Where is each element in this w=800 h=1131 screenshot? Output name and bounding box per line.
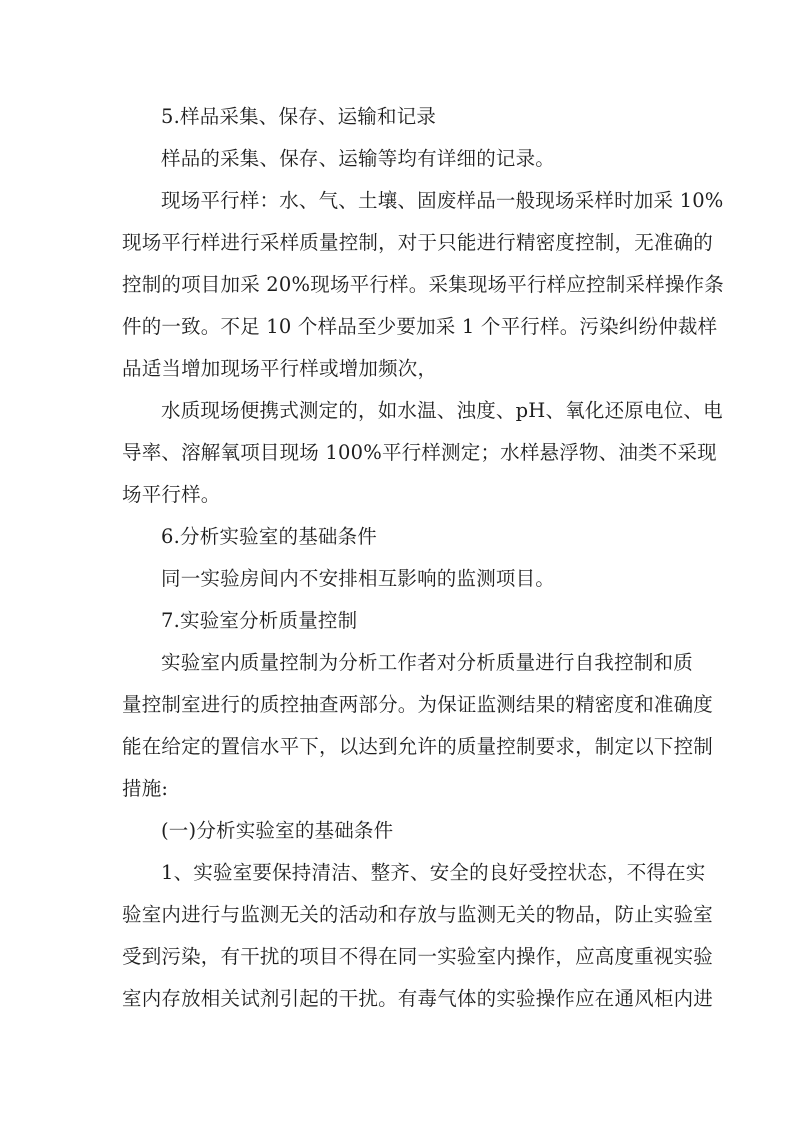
heading-line: 7.实验室分析质量控制 bbox=[122, 600, 680, 642]
paragraph-line: 现场平行样进行采样质量控制，对于只能进行精密度控制，无准确的 bbox=[122, 222, 680, 264]
paragraph-line: 同一实验房间内不安排相互影响的监测项目。 bbox=[122, 558, 680, 600]
paragraph-line: 样品的采集、保存、运输等均有详细的记录。 bbox=[122, 138, 680, 180]
paragraph-line: 1、实验室要保持清洁、整齐、安全的良好受控状态，不得在实 bbox=[122, 852, 680, 894]
paragraph-line: 现场平行样：水、气、土壤、固废样品一般现场采样时加采 10% bbox=[122, 180, 680, 222]
section-heading-6: 6.分析实验室的基础条件 bbox=[122, 516, 680, 558]
paragraph-line: 场平行样。 bbox=[122, 474, 680, 516]
heading-line: (一)分析实验室的基础条件 bbox=[122, 810, 680, 852]
paragraph-line: 措施: bbox=[122, 768, 680, 810]
document-page: 5.样品采集、保存、运输和记录 样品的采集、保存、运输等均有详细的记录。 现场平… bbox=[122, 96, 680, 1020]
paragraph-line: 验室内进行与监测无关的活动和存放与监测无关的物品，防止实验室 bbox=[122, 894, 680, 936]
section-heading-5: 5.样品采集、保存、运输和记录 bbox=[122, 96, 680, 138]
heading-line: 6.分析实验室的基础条件 bbox=[122, 516, 680, 558]
paragraph-item-1: 1、实验室要保持清洁、整齐、安全的良好受控状态，不得在实 验室内进行与监测无关的… bbox=[122, 852, 680, 1020]
paragraph-line: 件的一致。不足 10 个样品至少要加采 1 个平行样。污染纠纷仲裁样 bbox=[122, 306, 680, 348]
paragraph-water-quality-portable: 水质现场便携式测定的，如水温、浊度、pH、氧化还原电位、电 导率、溶解氧项目现场… bbox=[122, 390, 680, 516]
section-heading-7: 7.实验室分析质量控制 bbox=[122, 600, 680, 642]
heading-line: 5.样品采集、保存、运输和记录 bbox=[122, 96, 680, 138]
paragraph-lab-room: 同一实验房间内不安排相互影响的监测项目。 bbox=[122, 558, 680, 600]
paragraph-field-parallel-samples: 现场平行样：水、气、土壤、固废样品一般现场采样时加采 10% 现场平行样进行采样… bbox=[122, 180, 680, 390]
paragraph-line: 水质现场便携式测定的，如水温、浊度、pH、氧化还原电位、电 bbox=[122, 390, 680, 432]
paragraph-lab-quality-control: 实验室内质量控制为分析工作者对分析质量进行自我控制和质 量控制室进行的质控抽查两… bbox=[122, 642, 680, 810]
paragraph-line: 品适当增加现场平行样或增加频次， bbox=[122, 348, 680, 390]
paragraph-line: 能在给定的置信水平下，以达到允许的质量控制要求，制定以下控制 bbox=[122, 726, 680, 768]
paragraph-line: 量控制室进行的质控抽查两部分。为保证监测结果的精密度和准确度 bbox=[122, 684, 680, 726]
paragraph-line: 受到污染，有干扰的项目不得在同一实验室内操作，应高度重视实验 bbox=[122, 936, 680, 978]
paragraph-records: 样品的采集、保存、运输等均有详细的记录。 bbox=[122, 138, 680, 180]
paragraph-line: 控制的项目加采 20%现场平行样。采集现场平行样应控制采样操作条 bbox=[122, 264, 680, 306]
paragraph-line: 导率、溶解氧项目现场 100%平行样测定；水样悬浮物、油类不采现 bbox=[122, 432, 680, 474]
subsection-heading-1: (一)分析实验室的基础条件 bbox=[122, 810, 680, 852]
paragraph-line: 实验室内质量控制为分析工作者对分析质量进行自我控制和质 bbox=[122, 642, 680, 684]
paragraph-line: 室内存放相关试剂引起的干扰。有毒气体的实验操作应在通风柜内进 bbox=[122, 978, 680, 1020]
